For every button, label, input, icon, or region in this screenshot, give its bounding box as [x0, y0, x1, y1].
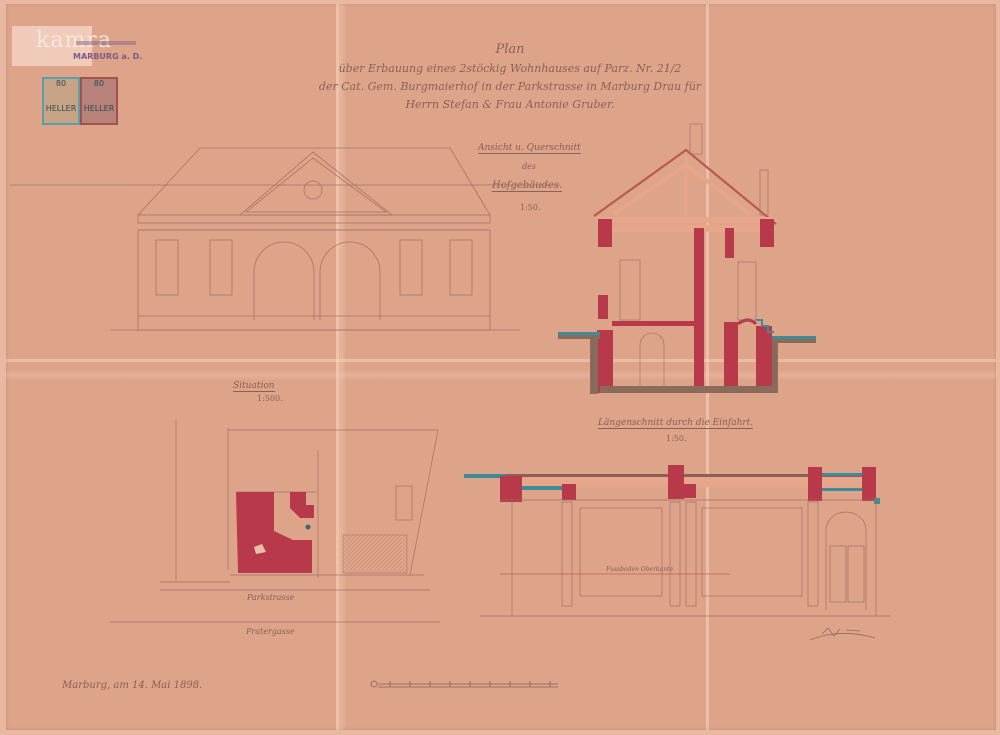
scale-bar	[0, 0, 1000, 735]
place-date: Marburg, am 14. Mai 1898.	[62, 680, 202, 691]
